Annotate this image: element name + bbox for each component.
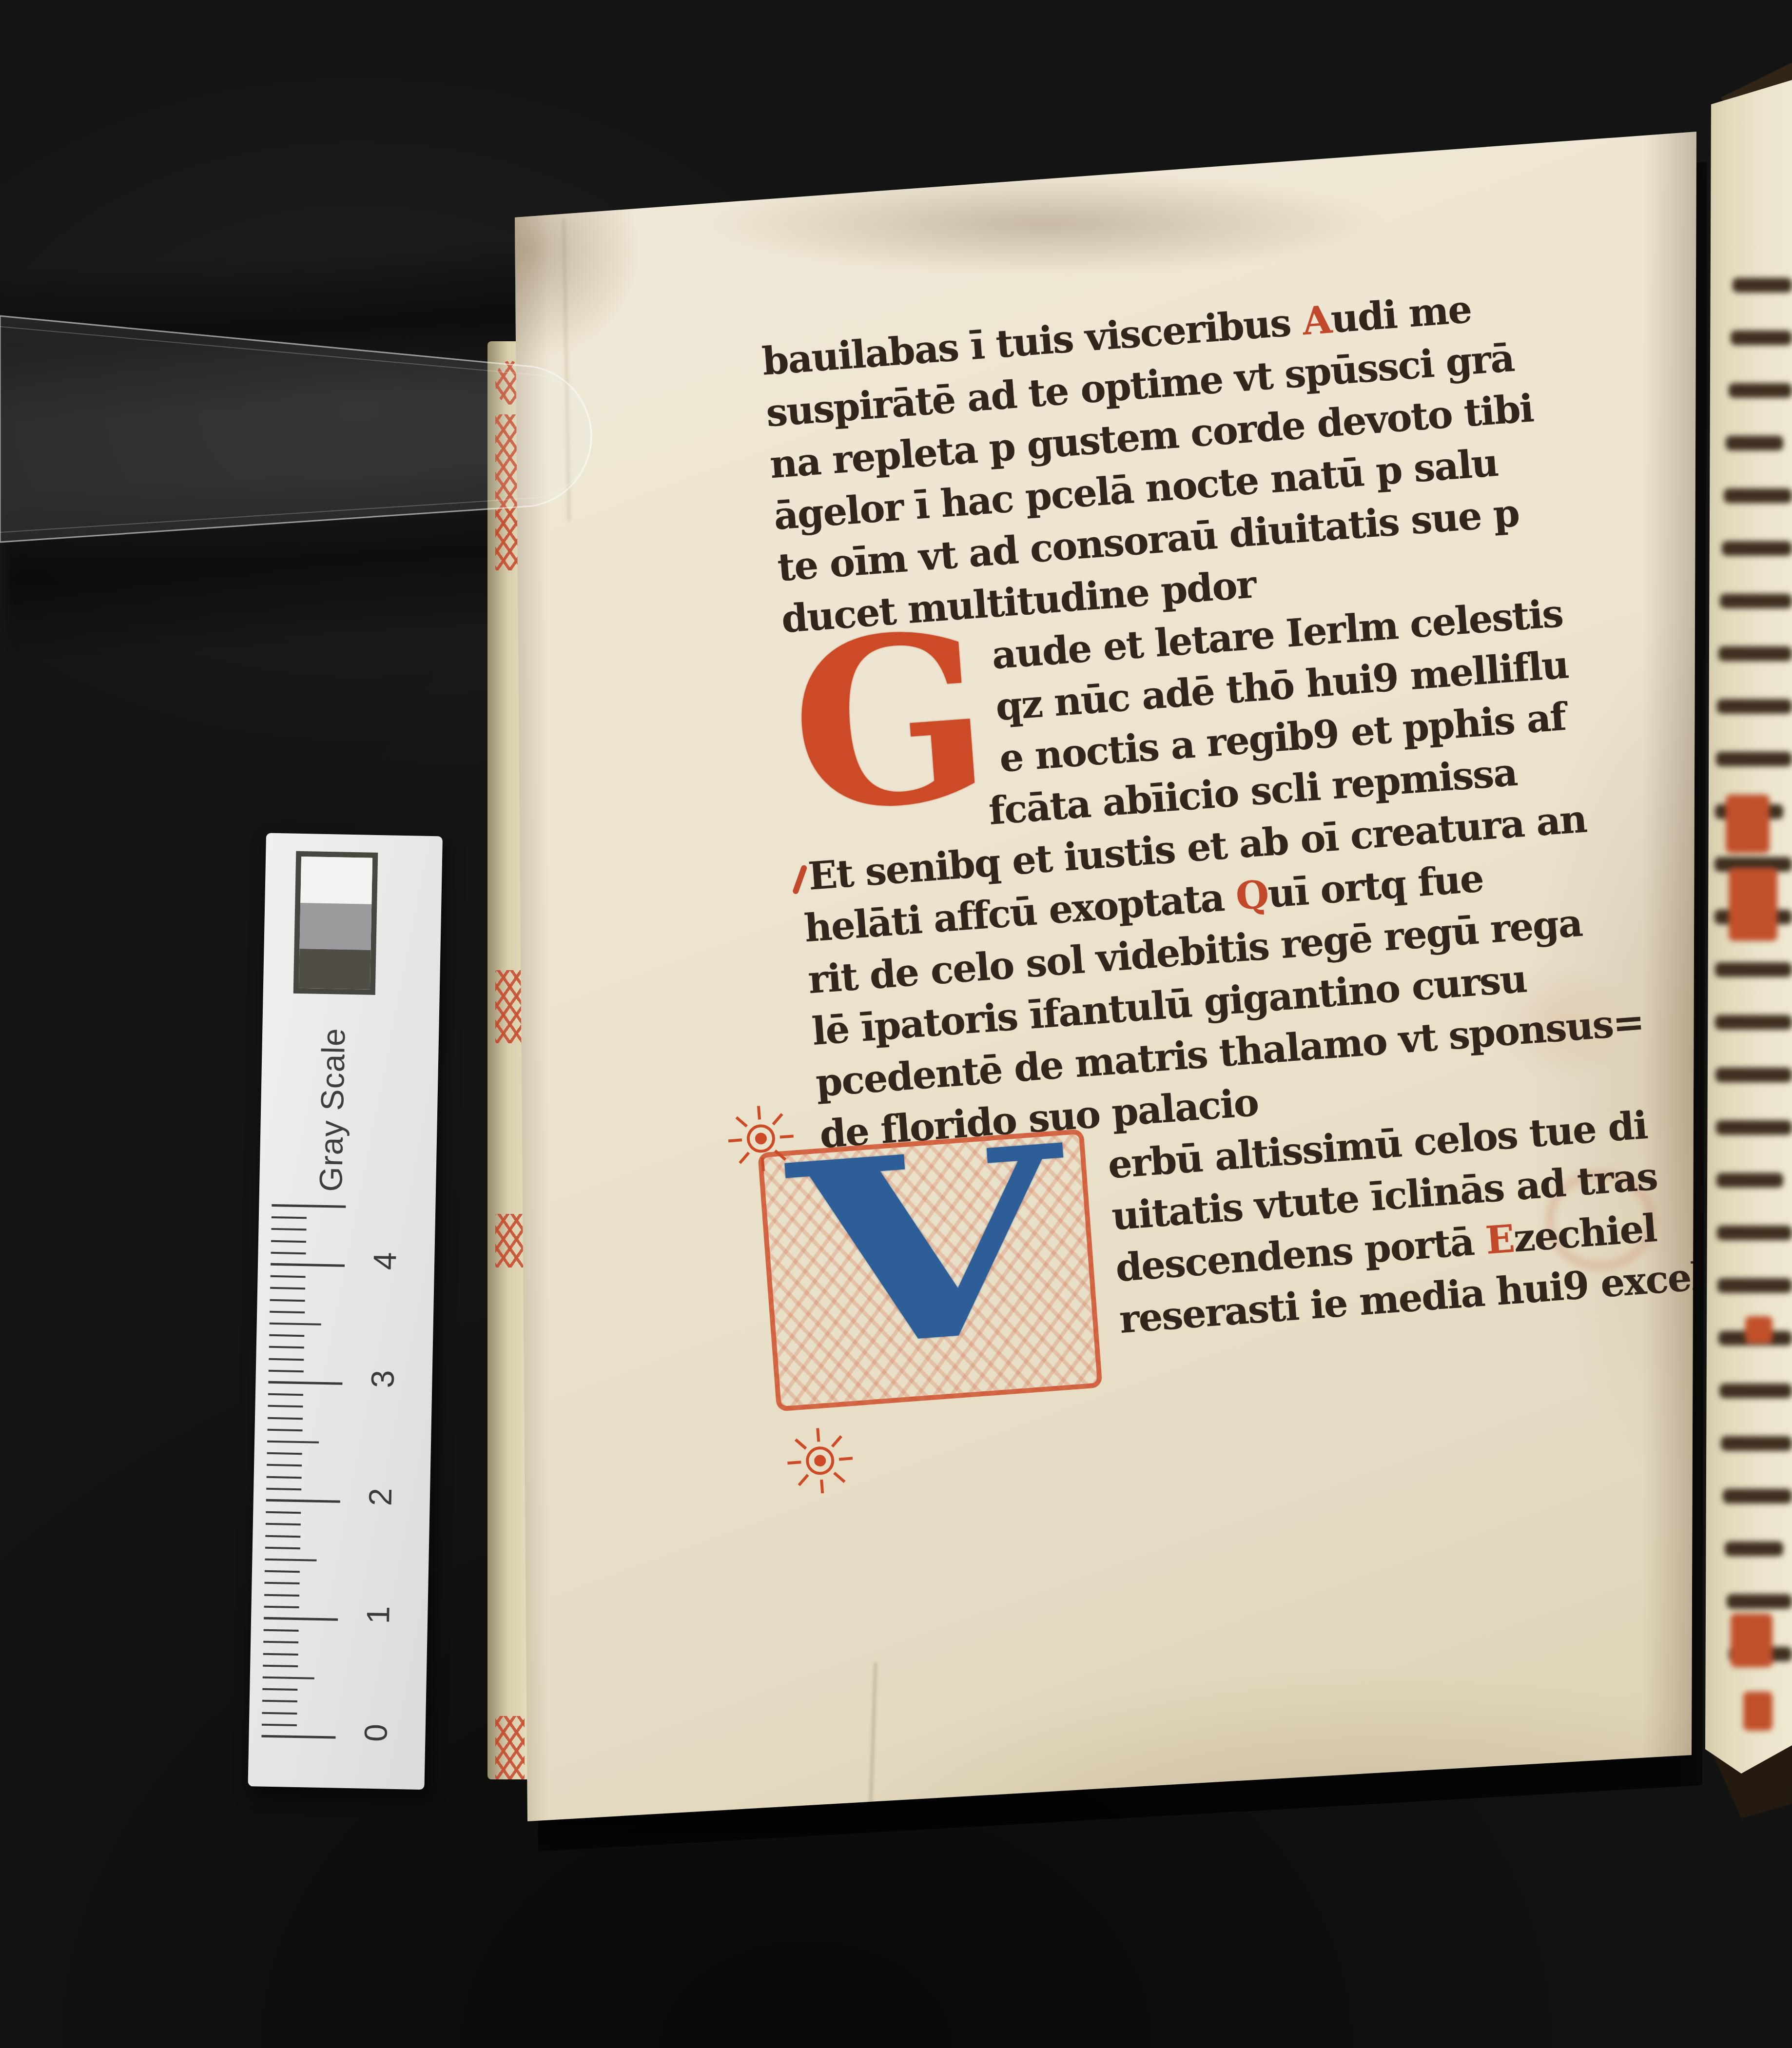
ruler-tick bbox=[271, 1252, 306, 1254]
patch-white bbox=[300, 857, 372, 904]
ruler-tick bbox=[265, 1570, 300, 1573]
red-initial-blur bbox=[1731, 1614, 1773, 1667]
gray-scale-label: Gray Scale bbox=[306, 995, 359, 1225]
blurred-text-line bbox=[1733, 278, 1792, 293]
ruler-tick bbox=[263, 1677, 314, 1679]
rubricated-letter: Q bbox=[1234, 872, 1270, 919]
ruler-tick bbox=[265, 1559, 316, 1561]
blurred-text-line bbox=[1717, 699, 1792, 714]
ruler-number: 4 bbox=[366, 1240, 401, 1285]
ruler-tick bbox=[264, 1594, 299, 1596]
blurred-text-line bbox=[1716, 1120, 1792, 1135]
text-segment: udi me bbox=[1329, 287, 1473, 342]
sun-flourish-icon bbox=[781, 1422, 860, 1509]
ruler-tick bbox=[262, 1700, 297, 1702]
ruler-tick bbox=[262, 1724, 297, 1726]
red-penwork-mark bbox=[495, 1214, 525, 1268]
blurred-text-line bbox=[1715, 962, 1792, 977]
ruler-tick bbox=[266, 1523, 301, 1525]
blurred-text-line bbox=[1729, 383, 1792, 398]
ruler-tick bbox=[266, 1488, 301, 1490]
page-text-block: G V bbox=[760, 275, 1654, 1367]
manuscript-page: G V bbox=[507, 112, 1701, 1828]
ruler-tick bbox=[269, 1370, 304, 1372]
ruler-tick bbox=[264, 1617, 338, 1621]
red-penwork-mark bbox=[495, 1716, 525, 1779]
ruler-tick bbox=[268, 1393, 303, 1396]
ruler-tick bbox=[265, 1547, 300, 1549]
ruler-tick bbox=[267, 1441, 319, 1443]
blurred-text-line bbox=[1725, 1541, 1783, 1556]
blurred-text-line bbox=[1720, 594, 1792, 608]
blurred-text-line bbox=[1719, 1384, 1792, 1398]
blurred-text-line bbox=[1724, 488, 1792, 503]
facing-page-edge bbox=[1696, 68, 1792, 1784]
blurred-text-line bbox=[1715, 1068, 1792, 1082]
ruler-tick bbox=[269, 1346, 304, 1348]
gray-scale-patch bbox=[293, 851, 378, 995]
ruler-tick bbox=[262, 1688, 297, 1691]
ruler-tick bbox=[272, 1216, 307, 1219]
blurred-text-line bbox=[1716, 752, 1792, 766]
patch-darkgray bbox=[299, 949, 371, 989]
ruler-tick bbox=[266, 1499, 340, 1503]
text-segment: zechiel bbox=[1512, 1206, 1658, 1261]
gray-scale-card: Gray Scale 01234 bbox=[248, 833, 442, 1790]
ruler-tick bbox=[261, 1735, 335, 1739]
ruler-tick bbox=[262, 1712, 297, 1714]
centimeter-ruler: 01234 bbox=[261, 1221, 422, 1770]
plastic-page-clip bbox=[0, 293, 624, 566]
ruler-tick bbox=[268, 1381, 342, 1385]
illuminated-initial-v: V bbox=[752, 1124, 1108, 1417]
blurred-text-line bbox=[1723, 1489, 1792, 1503]
ruler-tick bbox=[269, 1334, 304, 1337]
ruler-tick bbox=[271, 1263, 345, 1267]
initial-g-letter: G bbox=[786, 622, 985, 823]
ruler-tick bbox=[269, 1358, 304, 1360]
blurred-text-line bbox=[1717, 1226, 1792, 1240]
ruler-tick bbox=[270, 1287, 305, 1289]
blurred-text-line bbox=[1726, 436, 1783, 450]
ruler-tick bbox=[271, 1275, 306, 1278]
ruler-tick bbox=[270, 1311, 305, 1313]
ruler-number: 1 bbox=[359, 1594, 394, 1638]
red-initial-blur bbox=[1745, 1316, 1773, 1344]
red-initial-blur bbox=[1729, 868, 1777, 941]
ruler-tick bbox=[264, 1629, 299, 1632]
ruler-tick bbox=[270, 1323, 321, 1326]
photo-canvas: { "gray_scale_card": { "label": "Gray Sc… bbox=[0, 0, 1792, 2048]
facing-page-blurred-text bbox=[1696, 68, 1792, 1784]
ruler-tick bbox=[266, 1511, 301, 1514]
ruler-tick bbox=[271, 1228, 306, 1230]
ruler-number: 2 bbox=[361, 1476, 396, 1521]
ruler-tick bbox=[271, 1240, 306, 1242]
blurred-text-line bbox=[1716, 1173, 1783, 1188]
ruler-tick bbox=[267, 1452, 302, 1455]
ruler-tick bbox=[265, 1535, 300, 1537]
ruler-tick bbox=[267, 1464, 302, 1466]
ruler-tick bbox=[264, 1582, 299, 1584]
ruler-tick bbox=[268, 1405, 303, 1407]
ruler-tick bbox=[270, 1299, 305, 1301]
blurred-text-line bbox=[1722, 541, 1792, 556]
blurred-text-line bbox=[1731, 331, 1792, 345]
red-initial-blur bbox=[1743, 1692, 1773, 1731]
blurred-text-line bbox=[1721, 1436, 1792, 1451]
sun-flourish-icon bbox=[722, 1099, 801, 1187]
red-penwork-mark bbox=[495, 970, 525, 1043]
blurred-text-line bbox=[1715, 1015, 1792, 1030]
ruler-tick bbox=[267, 1429, 302, 1431]
ruler-number: 0 bbox=[357, 1712, 392, 1756]
blurred-text-line bbox=[1718, 646, 1792, 661]
ruler-tick bbox=[264, 1606, 299, 1608]
red-initial-blur bbox=[1726, 795, 1770, 853]
rubricated-letter: A bbox=[1301, 297, 1332, 344]
ruler-tick bbox=[267, 1476, 302, 1478]
patch-midgray bbox=[299, 903, 371, 951]
ruler-tick bbox=[263, 1641, 298, 1643]
rubricated-letter: E bbox=[1484, 1217, 1515, 1263]
initial-v-letter: V bbox=[751, 1110, 1106, 1388]
ruler-tick bbox=[263, 1665, 298, 1667]
ruler-tick bbox=[263, 1653, 298, 1655]
illuminated-initial-g: G bbox=[786, 622, 985, 830]
blurred-text-line bbox=[1717, 1278, 1792, 1293]
ruler-number: 3 bbox=[364, 1358, 399, 1403]
blurred-text-line bbox=[1727, 1594, 1792, 1609]
ruler-tick bbox=[268, 1417, 303, 1419]
